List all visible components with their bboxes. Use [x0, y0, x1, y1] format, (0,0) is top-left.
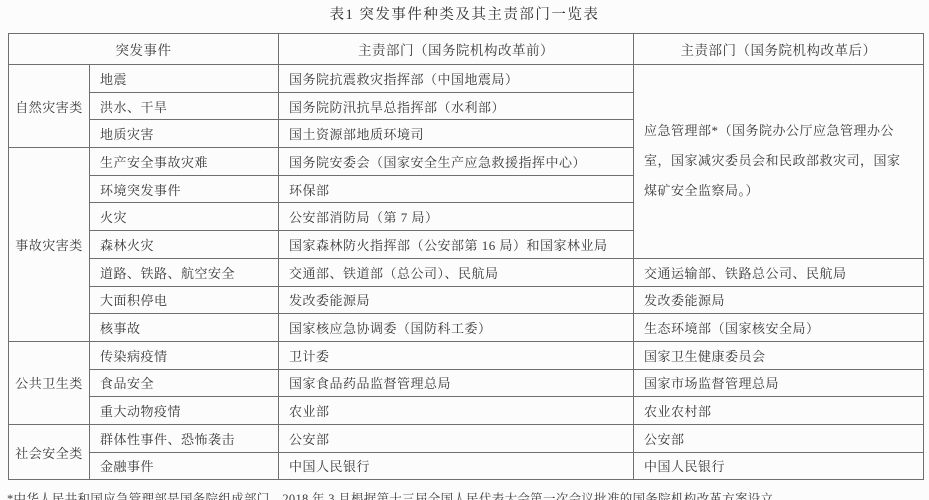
- event-cell: 金融事件: [90, 452, 279, 480]
- footnote: *中华人民共和国应急管理部是国务院组成部门，2018 年 3 月根据第十三届全国…: [7, 489, 929, 500]
- dept-before-cell: 中国人民银行: [279, 452, 634, 480]
- dept-before-cell: 公安部: [279, 424, 634, 452]
- event-cell: 道路、铁路、航空安全: [90, 258, 279, 286]
- dept-before-cell: 国土资源部地质环境司: [279, 120, 634, 148]
- event-cell: 大面积停电: [90, 286, 279, 314]
- dept-before-cell: 环保部: [279, 175, 634, 203]
- category-cell-natural-disaster: 自然灾害类: [9, 65, 90, 148]
- dept-before-cell: 国家核应急协调委（国防科工委）: [279, 314, 634, 342]
- dept-before-cell: 国务院抗震救灾指挥部（中国地震局）: [279, 65, 634, 93]
- event-cell: 洪水、干旱: [90, 92, 279, 120]
- event-cell: 传染病疫情: [90, 341, 279, 369]
- event-cell: 生产安全事故灾难: [90, 148, 279, 176]
- table-row: 金融事件 中国人民银行 中国人民银行: [9, 452, 924, 480]
- dept-after-merged-cell: 应急管理部*（国务院办公厅应急管理办公室，国家减灾委员会和民政部救灾司，国家煤矿…: [634, 65, 924, 259]
- table-row: 重大动物疫情 农业部 农业农村部: [9, 397, 924, 425]
- header-event: 突发事件: [9, 34, 279, 65]
- event-cell: 群体性事件、恐怖袭击: [90, 424, 279, 452]
- event-cell: 环境突发事件: [90, 175, 279, 203]
- dept-before-cell: 交通部、铁道部（总公司）、民航局: [279, 258, 634, 286]
- dept-before-cell: 发改委能源局: [279, 286, 634, 314]
- event-cell: 重大动物疫情: [90, 397, 279, 425]
- dept-after-cell: 农业农村部: [634, 397, 924, 425]
- header-dept-after: 主责部门（国务院机构改革后）: [634, 34, 924, 65]
- dept-before-cell: 国家食品药品监督管理总局: [279, 369, 634, 397]
- dept-after-cell: 国家市场监督管理总局: [634, 369, 924, 397]
- dept-after-cell: 国家卫生健康委员会: [634, 341, 924, 369]
- category-cell-public-health: 公共卫生类: [9, 341, 90, 424]
- dept-after-cell: 交通运输部、铁路总公司、民航局: [634, 258, 924, 286]
- event-cell: 地震: [90, 65, 279, 93]
- table-row: 社会安全类 群体性事件、恐怖袭击 公安部 公安部: [9, 424, 924, 452]
- dept-after-cell: 中国人民银行: [634, 452, 924, 480]
- dept-before-cell: 公安部消防局（第 7 局）: [279, 203, 634, 231]
- document-page: 表1 突发事件种类及其主责部门一览表 突发事件 主责部门（国务院机构改革前） 主…: [0, 0, 929, 500]
- dept-before-cell: 卫计委: [279, 341, 634, 369]
- event-cell: 地质灾害: [90, 120, 279, 148]
- dept-after-cell: 发改委能源局: [634, 286, 924, 314]
- emergency-responsibility-table: 突发事件 主责部门（国务院机构改革前） 主责部门（国务院机构改革后） 自然灾害类…: [8, 33, 924, 480]
- table-row: 自然灾害类 地震 国务院抗震救灾指挥部（中国地震局） 应急管理部*（国务院办公厅…: [9, 65, 924, 93]
- dept-before-cell: 国家森林防火指挥部（公安部第 16 局）和国家林业局: [279, 231, 634, 259]
- event-cell: 核事故: [90, 314, 279, 342]
- event-cell: 森林火灾: [90, 231, 279, 259]
- category-cell-accident-disaster: 事故灾害类: [9, 148, 90, 342]
- event-cell: 火灾: [90, 203, 279, 231]
- table-title: 表1 突发事件种类及其主责部门一览表: [0, 0, 929, 24]
- dept-after-cell: 生态环境部（国家核安全局）: [634, 314, 924, 342]
- table-row: 大面积停电 发改委能源局 发改委能源局: [9, 286, 924, 314]
- table-row: 食品安全 国家食品药品监督管理总局 国家市场监督管理总局: [9, 369, 924, 397]
- header-dept-before: 主责部门（国务院机构改革前）: [279, 34, 634, 65]
- dept-before-cell: 国务院防汛抗旱总指挥部（水利部）: [279, 92, 634, 120]
- table-row: 公共卫生类 传染病疫情 卫计委 国家卫生健康委员会: [9, 341, 924, 369]
- dept-after-cell: 公安部: [634, 424, 924, 452]
- table-row: 道路、铁路、航空安全 交通部、铁道部（总公司）、民航局 交通运输部、铁路总公司、…: [9, 258, 924, 286]
- dept-before-cell: 国务院安委会（国家安全生产应急救援指挥中心）: [279, 148, 634, 176]
- dept-before-cell: 农业部: [279, 397, 634, 425]
- event-cell: 食品安全: [90, 369, 279, 397]
- table-row: 核事故 国家核应急协调委（国防科工委） 生态环境部（国家核安全局）: [9, 314, 924, 342]
- header-row: 突发事件 主责部门（国务院机构改革前） 主责部门（国务院机构改革后）: [9, 34, 924, 65]
- category-cell-social-security: 社会安全类: [9, 424, 90, 479]
